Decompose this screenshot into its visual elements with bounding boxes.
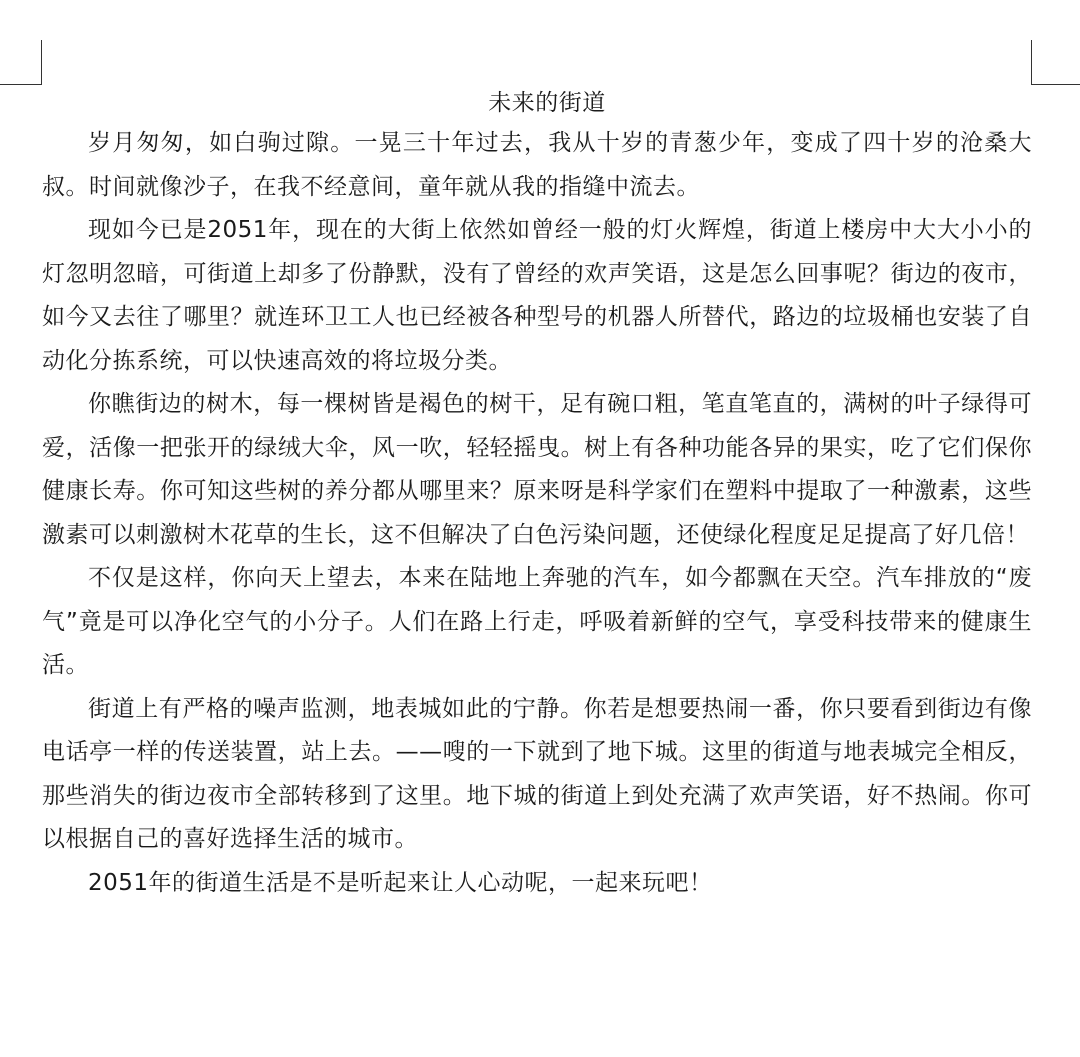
paragraph-1: 岁月匆匆，如白驹过隙。一晃三十年过去，我从十岁的青葱少年，变成了四十岁的沧桑大叔… [42, 122, 1032, 209]
document-page: 未来的街道 岁月匆匆，如白驹过隙。一晃三十年过去，我从十岁的青葱少年，变成了四十… [42, 84, 1032, 905]
paragraph-6: 2051年的街道生活是不是听起来让人心动呢，一起来玩吧！ [42, 862, 1032, 906]
paragraph-3: 你瞧街边的树木，每一棵树皆是褐色的树干，足有碗口粗，笔直笔直的，满树的叶子绿得可… [42, 383, 1032, 557]
document-title: 未来的街道 [42, 84, 1032, 122]
paragraph-4: 不仅是这样，你向天上望去，本来在陆地上奔驰的汽车，如今都飘在天空。汽车排放的“废… [42, 557, 1032, 688]
paragraph-2: 现如今已是2051年，现在的大街上依然如曾经一般的灯火辉煌，街道上楼房中大大小小… [42, 209, 1032, 383]
page-corner-marker-top-right [1031, 40, 1080, 85]
page-corner-marker-top-left [0, 40, 42, 85]
paragraph-5: 街道上有严格的噪声监测，地表城如此的宁静。你若是想要热闹一番，你只要看到街边有像… [42, 688, 1032, 862]
